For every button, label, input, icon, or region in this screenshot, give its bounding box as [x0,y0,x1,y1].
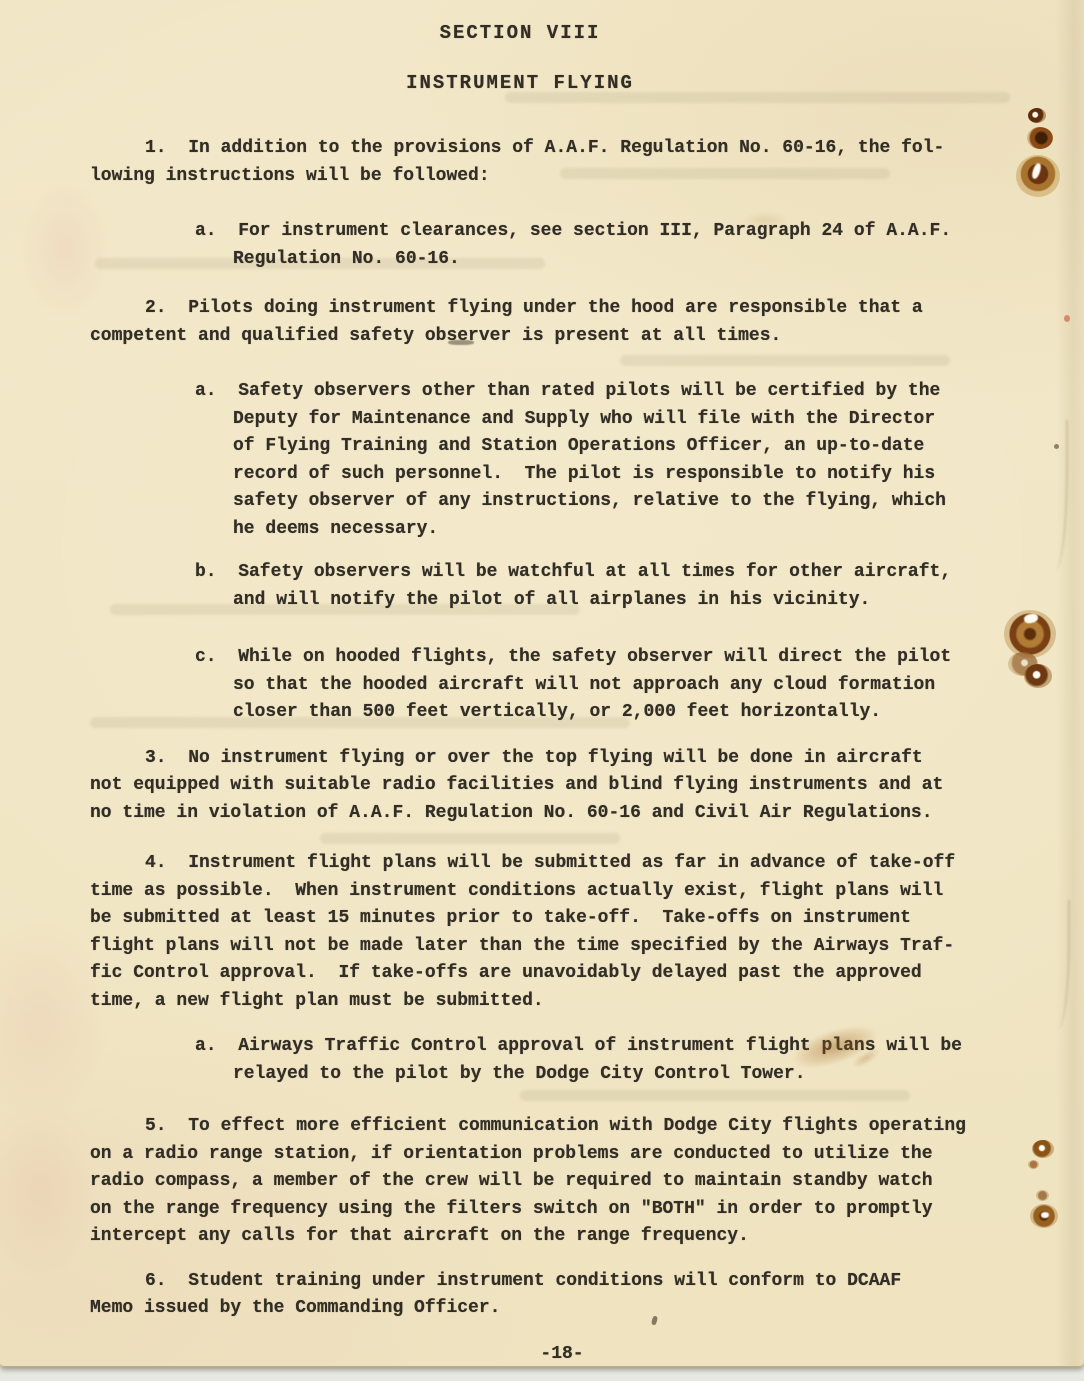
rust-stain [1028,1160,1039,1169]
doc-line: and will notify the pilot of all airplan… [90,587,990,615]
doc-line: record of such personnel. The pilot is r… [90,461,990,489]
rust-stain [1004,610,1056,658]
paper-crease [1052,900,1070,1030]
doc-line: be submitted at least 15 minutes prior t… [90,905,990,933]
doc-line: safety observer of any instructions, rel… [90,488,990,516]
paragraph-2: 2. Pilots doing instrument flying under … [90,295,990,350]
doc-line: fic Control approval. If take-offs are u… [90,960,990,988]
doc-line: so that the hooded aircraft will not app… [90,672,990,700]
doc-line: 6. Student training under instrument con… [90,1268,990,1296]
paper-discoloration [0,1100,100,1280]
doc-line: he deems necessary. [90,516,990,544]
paper-crease [1050,420,1068,570]
doc-line: 1. In addition to the provisions of A.A.… [90,135,990,163]
rust-stain [1030,1204,1058,1228]
rust-stain [1036,1190,1049,1201]
doc-line: no time in violation of A.A.F. Regulatio… [90,800,990,828]
rust-stain [1024,664,1052,688]
rust-stain [1016,155,1060,197]
pencil-mark [448,340,474,345]
doc-line: not equipped with suitable radio facilit… [90,772,990,800]
rust-stain [1032,1140,1054,1158]
doc-line: flight plans will not be made later than… [90,933,990,961]
document-body: 1. In addition to the provisions of A.A.… [90,135,990,1323]
subparagraph-1a: a. For instrument clearances, see sectio… [90,218,990,273]
doc-line: radio compass, a member of the crew will… [90,1168,990,1196]
doc-line: Memo issued by the Commanding Officer. [90,1295,990,1323]
document-title: INSTRUMENT FLYING [0,72,1040,94]
doc-line: Regulation No. 60-16. [90,246,990,274]
subparagraph-2a: a. Safety observers other than rated pil… [90,378,990,543]
doc-line: on a radio range station, if orientation… [90,1141,990,1169]
doc-line: 5. To effect more efficient communicatio… [90,1113,990,1141]
doc-line: a. For instrument clearances, see sectio… [90,218,990,246]
subparagraph-2b: b. Safety observers will be watchful at … [90,559,990,614]
paragraph-4: 4. Instrument flight plans will be submi… [90,850,990,1015]
paragraph-3: 3. No instrument flying or over the top … [90,745,990,828]
scanned-document-page: SECTION VIII INSTRUMENT FLYING 1. In add… [0,0,1084,1367]
paper-speck [1064,315,1070,322]
doc-line: competent and qualified safety observer … [90,323,990,351]
paragraph-6: 6. Student training under instrument con… [90,1268,990,1323]
subparagraph-2c: c. While on hooded flights, the safety o… [90,644,990,727]
doc-line: time as possible. When instrument condit… [90,878,990,906]
doc-line: c. While on hooded flights, the safety o… [90,644,990,672]
doc-line: 2. Pilots doing instrument flying under … [90,295,990,323]
paragraph-5: 5. To effect more efficient communicatio… [90,1113,990,1251]
paper-speck [651,1316,658,1326]
doc-line: intercept any calls for that aircraft on… [90,1223,990,1251]
doc-line: of Flying Training and Station Operation… [90,433,990,461]
doc-line: Deputy for Maintenance and Supply who wi… [90,406,990,434]
ink-smudge [742,212,788,228]
section-heading: SECTION VIII [0,22,1040,44]
doc-line: a. Safety observers other than rated pil… [90,378,990,406]
page-number: -18- [0,1344,1084,1364]
doc-line: lowing instructions will be followed: [90,163,990,191]
paragraph-1: 1. In addition to the provisions of A.A.… [90,135,990,190]
doc-line: 4. Instrument flight plans will be submi… [90,850,990,878]
doc-line: b. Safety observers will be watchful at … [90,559,990,587]
doc-line: on the range frequency using the filters… [90,1196,990,1224]
doc-line: 3. No instrument flying or over the top … [90,745,990,773]
doc-line: time, a new flight plan must be submitte… [90,988,990,1016]
doc-line: closer than 500 feet vertically, or 2,00… [90,699,990,727]
rust-stain [1027,127,1053,149]
rust-stain [1028,108,1046,123]
